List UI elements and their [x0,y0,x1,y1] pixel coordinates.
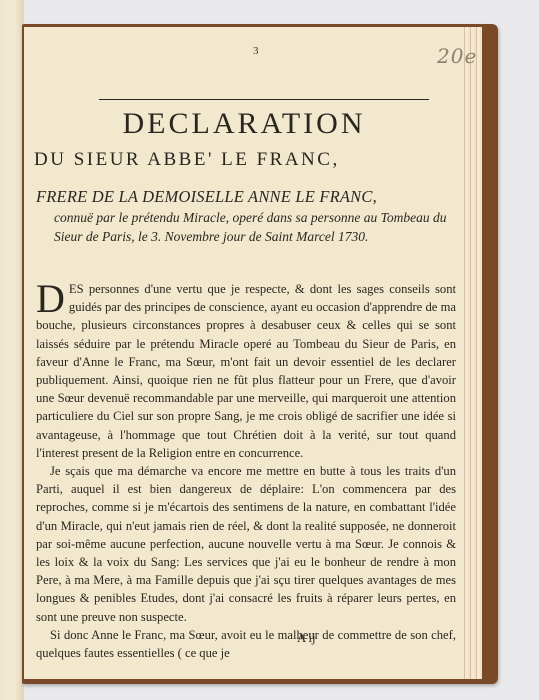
drop-cap: D [36,282,65,316]
facing-page-edge [0,0,24,700]
page-number: 3 [253,45,259,57]
paragraph-3: Si donc Anne le Franc, ma Sœur, avoit eu… [36,626,456,662]
body-text: DES personnes d'une vertu que je respect… [36,280,456,662]
header-rule [99,99,429,100]
handwritten-note: 20e [437,44,477,68]
signature-mark: A ij [297,631,316,646]
document-description: connuë par le prétendu Miracle, operé da… [54,208,454,246]
page-edges [462,27,482,679]
paragraph-1: DES personnes d'une vertu que je respect… [36,280,456,462]
paragraph-2: Je sçais que ma démarche va encore me me… [36,462,456,626]
document-title: DECLARATION [24,107,464,141]
document-subtitle: DU SIEUR ABBE' LE FRANC, [34,149,340,171]
document-page: 3 20e DECLARATION DU SIEUR ABBE' LE FRAN… [24,27,464,679]
document-heading: FRERE DE LA DEMOISELLE ANNE LE FRANC, [36,187,456,207]
